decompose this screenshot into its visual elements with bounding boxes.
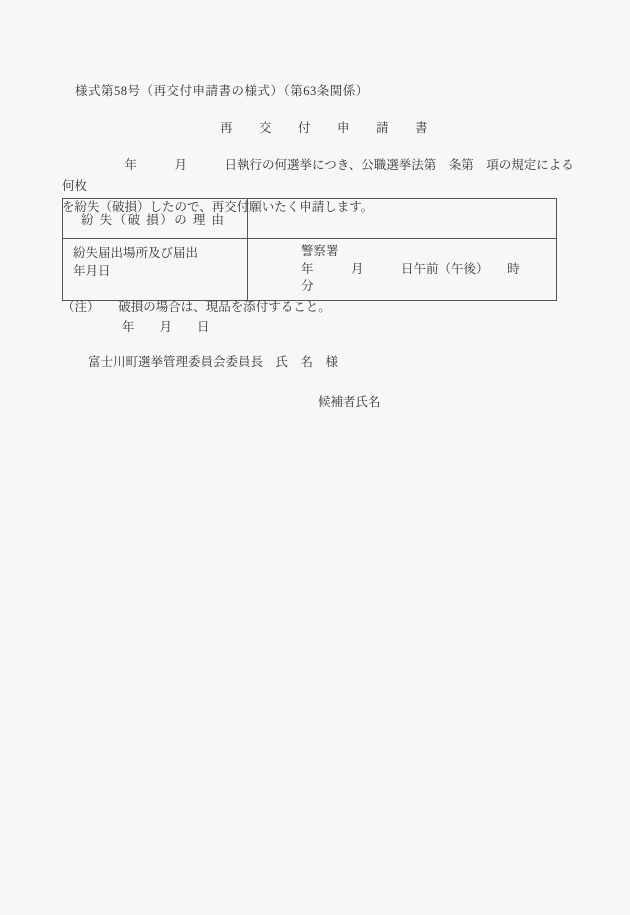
reason-value-cell	[248, 199, 557, 239]
table-row-reason: 紛 失（破 損）の 理 由	[63, 199, 557, 239]
reason-table: 紛 失（破 損）の 理 由 紛失届出場所及び届出 年月日 警察署 年 月 日午前…	[62, 198, 557, 301]
report-place-value-cell: 警察署 年 月 日午前（午後） 時 分	[248, 239, 557, 301]
addressee-line: 富士川町選挙管理委員会委員長 氏 名 様	[88, 352, 338, 370]
candidate-name-label: 候補者氏名	[318, 392, 381, 410]
table-row-report: 紛失届出場所及び届出 年月日 警察署 年 月 日午前（午後） 時 分	[63, 239, 557, 301]
document-title: 再 交 付 申 請 書	[220, 118, 435, 136]
document-page: 様式第58号（再交付申請書の様式）（第63条関係） 再 交 付 申 請 書 年 …	[0, 0, 630, 915]
reason-label-cell: 紛 失（破 損）の 理 由	[63, 199, 248, 239]
date-line: 年 月 日	[122, 317, 210, 335]
report-place-label-cell: 紛失届出場所及び届出 年月日	[63, 239, 248, 301]
note-line: （注） 破損の場合は、現品を添付すること。	[62, 297, 331, 315]
form-number: 様式第58号（再交付申請書の様式）（第63条関係）	[75, 81, 369, 99]
